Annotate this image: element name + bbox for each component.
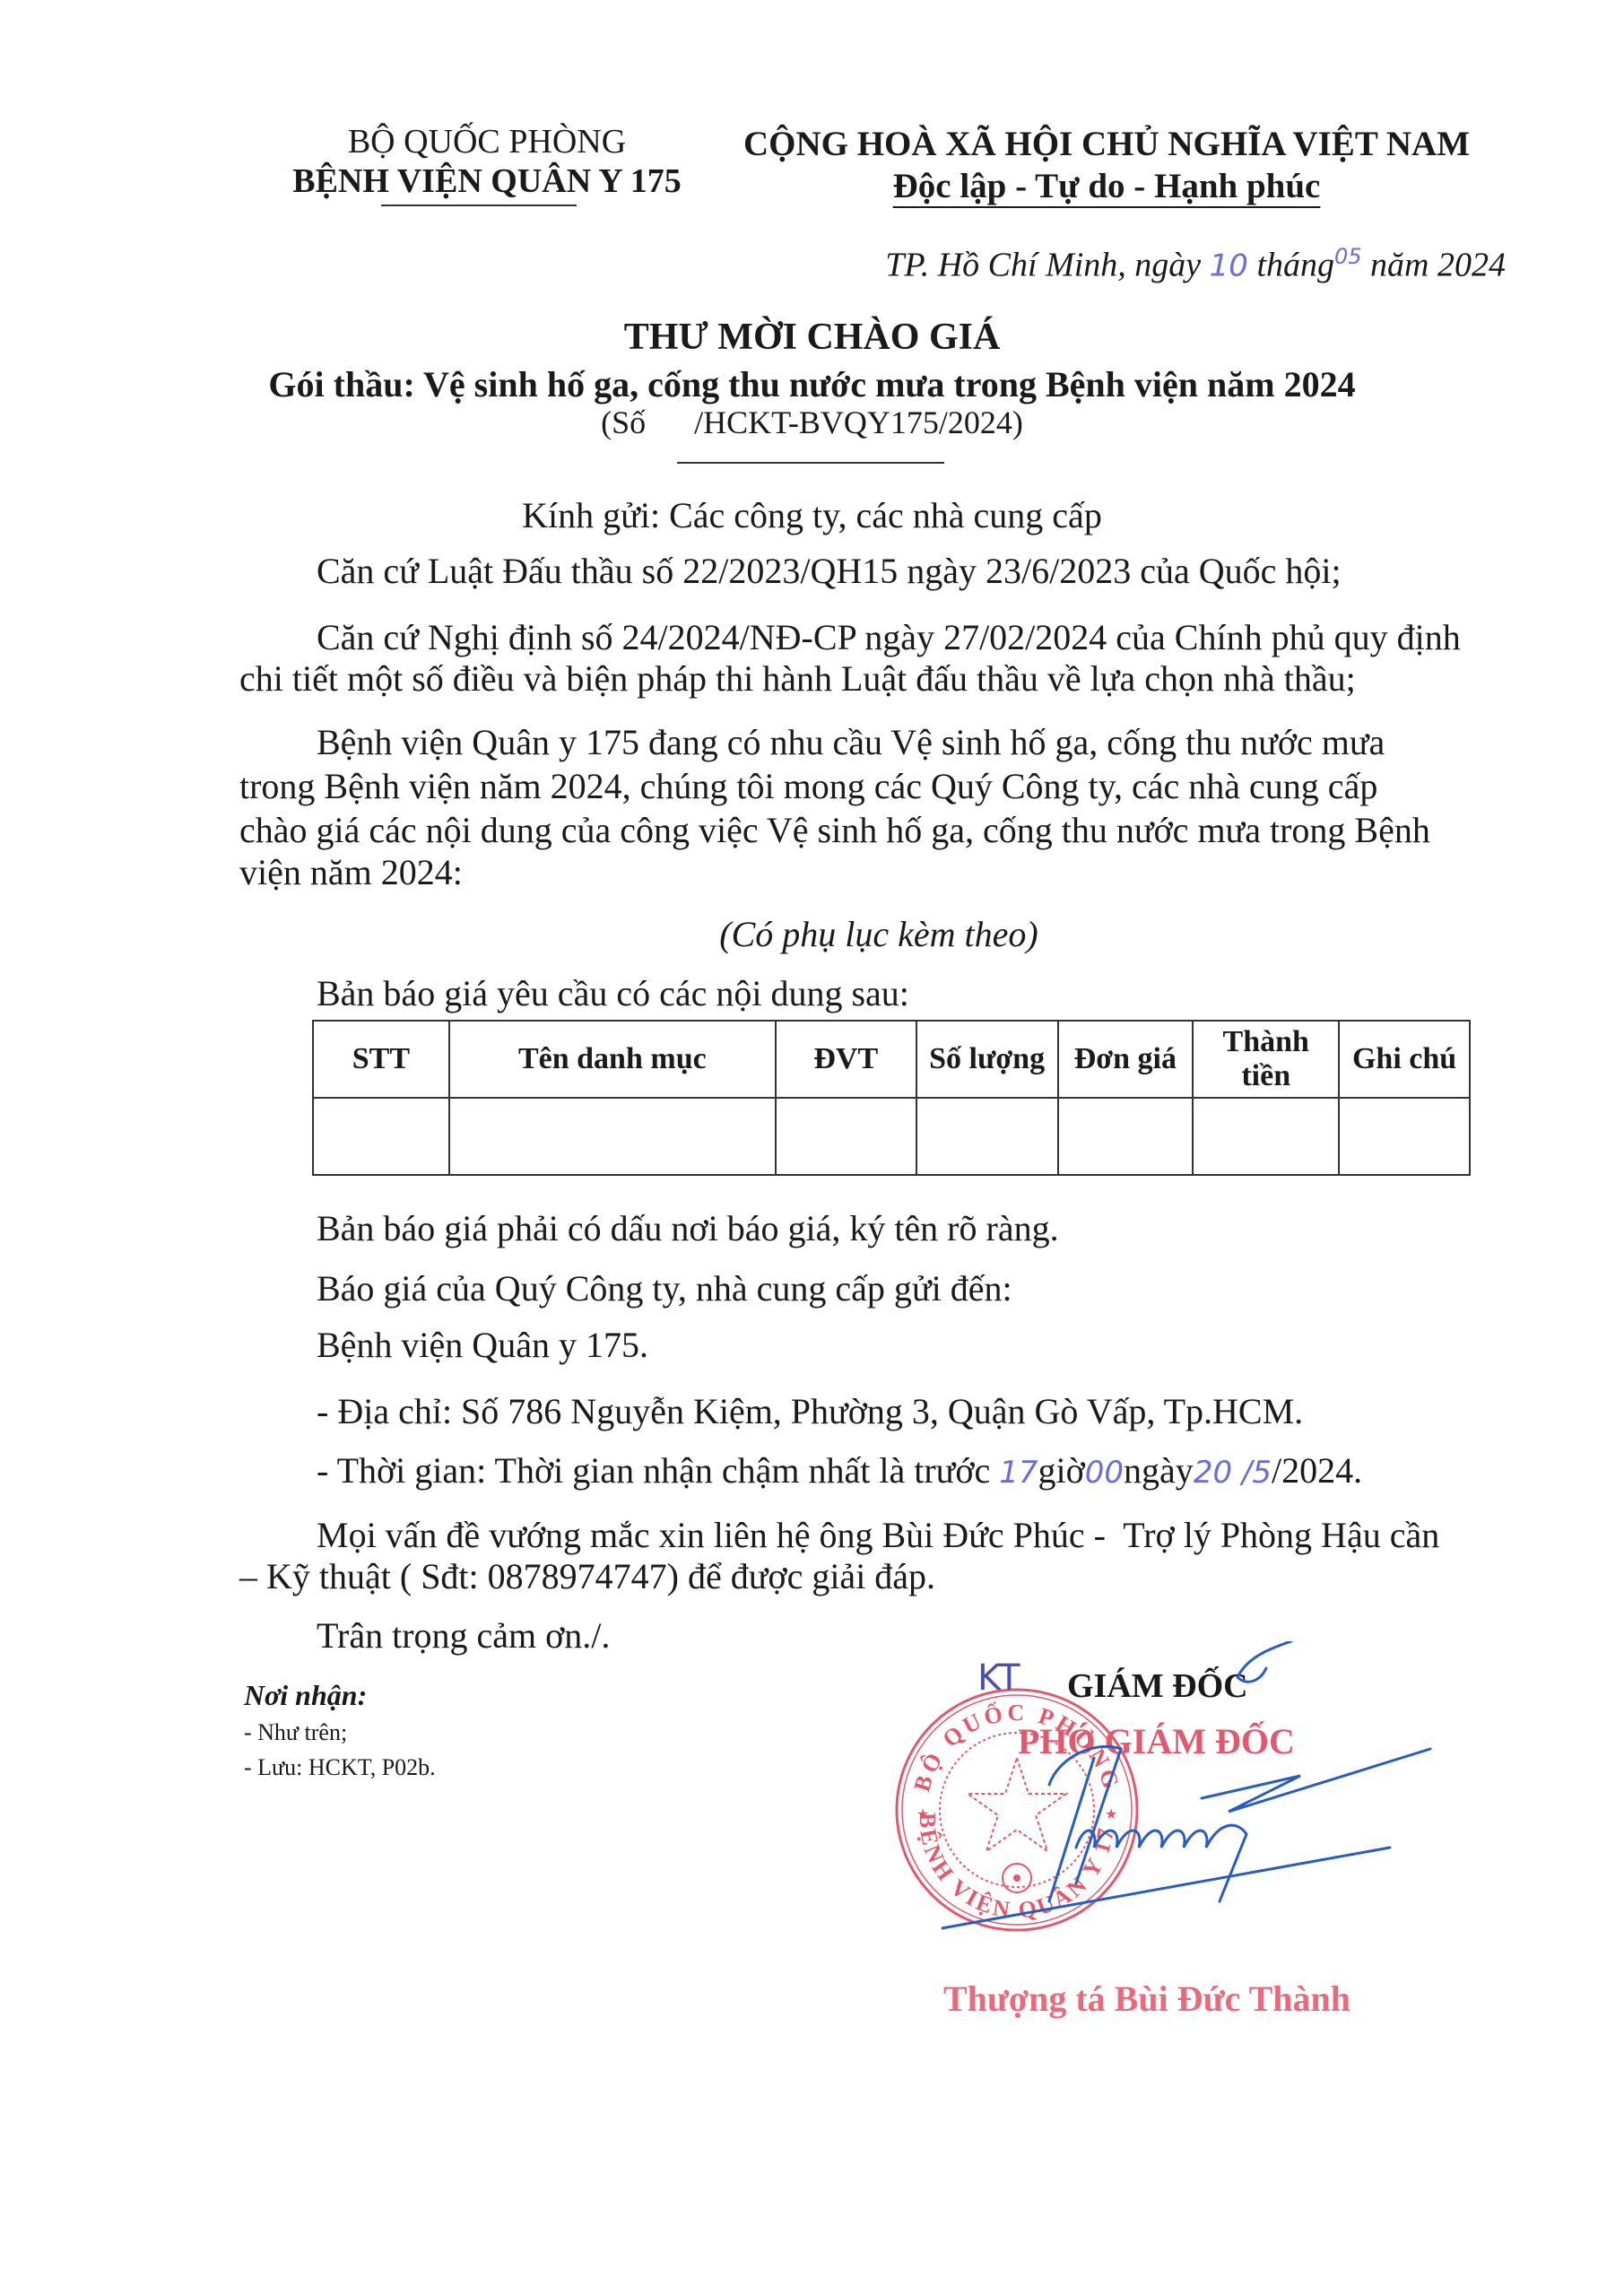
date-line: TP. Hồ Chí Minh, ngày 10 tháng05 năm 202… [885,244,1506,285]
organization-name: BỆNH VIỆN QUÂN Y 175 [254,161,720,201]
table-intro: Bản báo giá yêu cầu có các nội dung sau: [317,973,909,1014]
country-name: CỘNG HOÀ XÃ HỘI CHỦ NGHĨA VIỆT NAM [741,124,1472,164]
svg-text:★: ★ [916,1807,929,1822]
appendix-note: (Có phụ lục kèm theo) [239,914,1518,955]
year-label: năm 2024 [1370,247,1506,284]
request-line-3: chào giá các nội dung của công việc Vệ s… [239,810,1430,851]
month-label: tháng [1256,247,1334,284]
signatory-name: Thượng tá Bùi Đức Thành [943,1978,1350,2020]
ministry-name: BỘ QUỐC PHÒNG [254,122,720,161]
column-header: Đơn giá [1058,1021,1194,1098]
request-line-4: viện năm 2024: [239,852,463,893]
package-title: Gói thầu: Vệ sinh hố ga, cống thu nước m… [0,363,1624,405]
recipient-name: Bệnh viện Quân y 175. [317,1325,648,1366]
column-header: Số lượng [916,1021,1058,1098]
table-cell [916,1098,1058,1175]
day-label: ngày [1124,1450,1194,1491]
handwritten-signature [942,1641,1444,1937]
table-cell [1339,1098,1470,1175]
handwritten-day: 10 [1210,248,1248,284]
document-title: THƯ MỜI CHÀO GIÁ [0,316,1624,359]
basis-decree-line-1: Căn cứ Nghị định số 24/2024/NĐ-CP ngày 2… [317,617,1461,658]
deadline: - Thời gian: Thời gian nhận chậm nhất là… [317,1450,1362,1493]
date-prefix: TP. Hồ Chí Minh, ngày [885,247,1201,284]
column-header: ĐVT [776,1021,916,1098]
handwritten-date: 20 /5 [1194,1455,1272,1491]
table-header-row: STT Tên danh mục ĐVT Số lượng Đơn giá Th… [313,1021,1470,1098]
request-line-2: trong Bệnh viện năm 2024, chúng tôi mong… [239,766,1377,807]
national-motto: Độc lập - Tự do - Hạnh phúc [741,166,1472,206]
stamp-requirement: Bản báo giá phải có dấu nơi báo giá, ký … [317,1208,1059,1249]
table-cell [449,1098,776,1175]
table-row [313,1098,1470,1175]
closing: Trân trọng cảm ơn./. [317,1615,610,1657]
salutation: Kính gửi: Các công ty, các nhà cung cấp [0,495,1624,536]
document-number: (Số /HCKT-BVQY175/2024) [0,404,1624,441]
column-header: Ghi chú [1339,1021,1470,1098]
table-cell [313,1098,449,1175]
column-header: STT [313,1021,449,1098]
column-header: Tên danh mục [449,1021,776,1098]
title-divider [677,462,944,464]
handwritten-minute: 00 [1085,1455,1124,1491]
recipient-item: - Như trên; [244,1719,347,1746]
handwritten-hour: 17 [999,1455,1038,1491]
basis-law: Căn cứ Luật Đấu thầu số 22/2023/QH15 ngà… [317,551,1342,592]
quote-table: STT Tên danh mục ĐVT Số lượng Đơn giá Th… [312,1020,1471,1176]
handwritten-month: 05 [1334,244,1362,269]
send-to-label: Báo giá của Quý Công ty, nhà cung cấp gử… [317,1268,1012,1309]
organization-underline [381,204,577,206]
table-cell [1058,1098,1194,1175]
recipients-label: Nơi nhận: [244,1679,367,1712]
table-cell [776,1098,916,1175]
table-cell [1193,1098,1339,1175]
recipient-item: - Lưu: HCKT, P02b. [244,1754,436,1781]
contact-line-1: Mọi vấn đề vướng mắc xin liên hệ ông Bùi… [317,1515,1439,1556]
year-suffix: /2024. [1272,1450,1362,1491]
address: - Địa chỉ: Số 786 Nguyễn Kiệm, Phường 3,… [317,1391,1303,1432]
deadline-prefix: - Thời gian: Thời gian nhận chậm nhất là… [317,1450,990,1491]
column-header: Thành tiền [1193,1021,1339,1098]
request-line-1: Bệnh viện Quân y 175 đang có nhu cầu Vệ … [317,722,1385,763]
basis-decree-line-2: chi tiết một số điều và biện pháp thi hà… [239,658,1356,700]
hour-label: giờ [1038,1450,1085,1491]
contact-line-2: – Kỹ thuật ( Sđt: 0878974747) để được gi… [239,1556,935,1597]
